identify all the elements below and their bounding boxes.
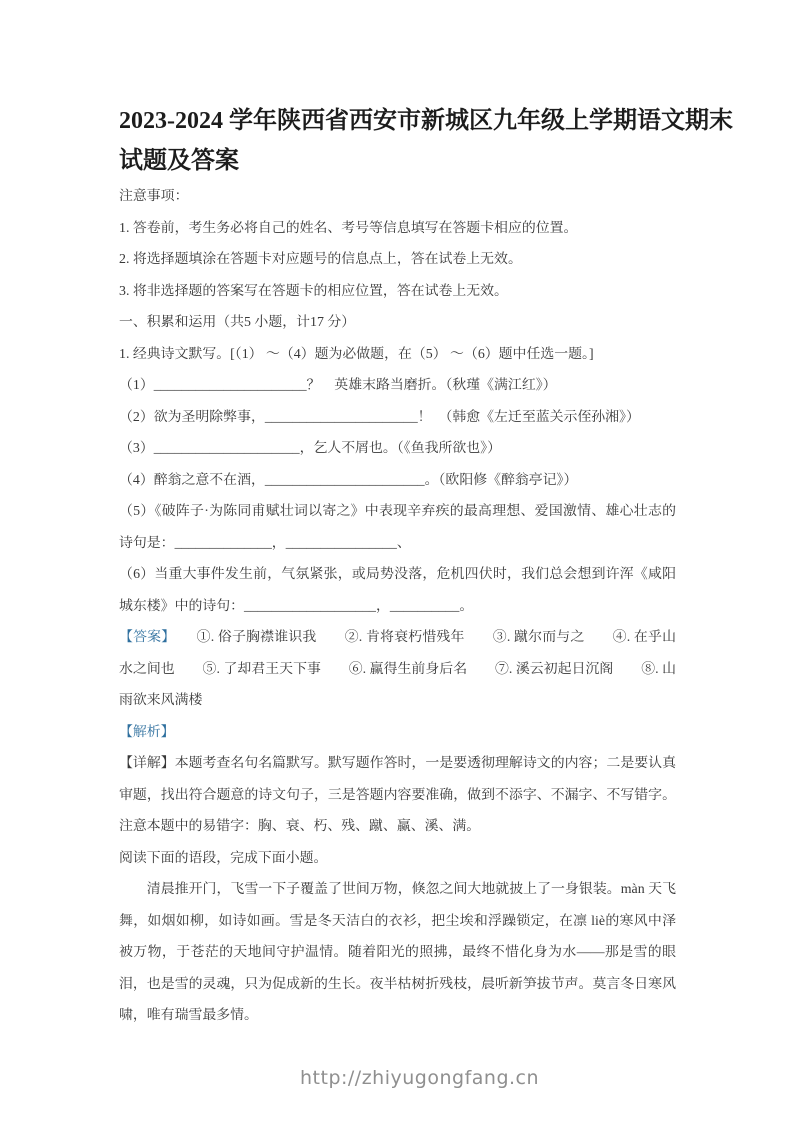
question-item-3: （3）_____________________，乞人不屑也。（《鱼我所欲也》）	[119, 433, 676, 465]
document-page: 2023-2024 学年陕西省西安市新城区九年级上学期语文期末 试题及答案 注意…	[119, 101, 676, 1032]
question-item-6: （6）当重大事件发生前，气氛紧张，或局势没落，危机四伏时，我们总会想到许浑《咸阳…	[119, 559, 676, 622]
notice-item-1: 1. 答卷前，考生务必将自己的姓名、考号等信息填写在答题卡相应的位置。	[119, 213, 676, 245]
question-stem: 1. 经典诗文默写。[（1） ～（4）题为必做题，在（5） ～（6）题中任选一题…	[119, 339, 676, 371]
page-title: 2023-2024 学年陕西省西安市新城区九年级上学期语文期末 试题及答案	[119, 101, 733, 181]
reading-passage: 清晨推开门，飞雪一下子覆盖了世间万物，倏忽之间大地就披上了一身银装。màn 天飞…	[119, 874, 676, 1032]
notice-heading: 注意事项：	[119, 181, 676, 213]
answer-label: 【答案】	[119, 630, 168, 645]
analysis-detail: 【详解】本题考查名句名篇默写。默写题作答时，一是要透彻理解诗文的内容；二是要认真…	[119, 748, 676, 843]
question-item-4: （4）醉翁之意不在酒，_______________________。（欧阳修《…	[119, 465, 676, 497]
question-item-1: （1）______________________？ 英雄末路当磨折。（秋瑾《满…	[119, 370, 676, 402]
section-heading: 一、积累和运用（共5 小题，计17 分）	[119, 307, 676, 339]
notice-item-2: 2. 将选择题填涂在答题卡对应题号的信息点上，答在试卷上无效。	[119, 244, 676, 276]
footer-watermark-url: http://zhiyugongfang.cn	[300, 1066, 539, 1090]
question-item-5: （5）《破阵子·为陈同甫赋壮词以寄之》中表现辛弃疾的最高理想、爱国激情、雄心壮志…	[119, 496, 676, 559]
reading-intro: 阅读下面的语段，完成下面小题。	[119, 843, 676, 875]
question-item-2: （2）欲为圣明除弊事，______________________！ （韩愈《左…	[119, 402, 676, 434]
answer-block: 【答案】 ①. 俗子胸襟谁识我 ②. 肯将衰朽惜残年 ③. 蹴尔而与之 ④. 在…	[119, 622, 676, 717]
analysis-label: 【解析】	[119, 717, 676, 749]
notice-item-3: 3. 将非选择题的答案写在答题卡的相应位置，答在试卷上无效。	[119, 276, 676, 308]
answer-text: ①. 俗子胸襟谁识我 ②. 肯将衰朽惜残年 ③. 蹴尔而与之 ④. 在乎山水之间…	[119, 630, 676, 708]
